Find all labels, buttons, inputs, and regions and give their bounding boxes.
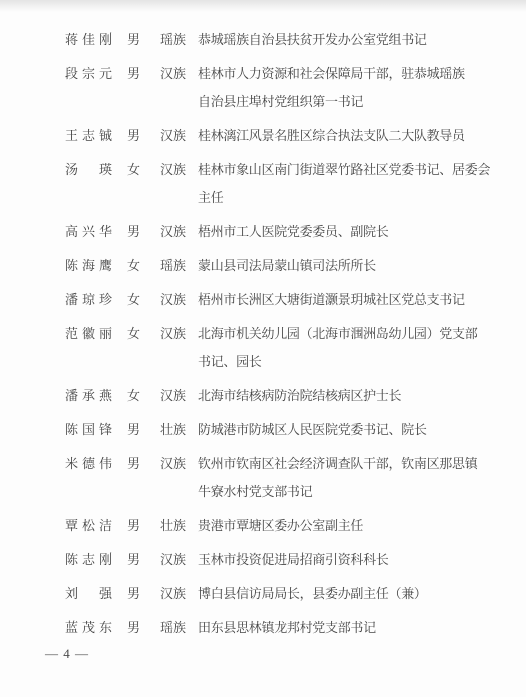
person-position: 钦州市钦南区社会经济调查队干部，钦南区那思镇牛寮水村党支部书记 — [198, 450, 483, 506]
person-name: 王志铖 — [65, 122, 112, 150]
person-ethnicity: 汉族 — [160, 320, 188, 348]
table-row: 覃松洁 男 壮族 贵港市覃塘区委办公室副主任 — [65, 512, 526, 540]
person-position: 恭城瑶族自治县扶贫开发办公室党组书记 — [198, 26, 483, 54]
person-gender: 男 — [127, 26, 141, 54]
person-position: 北海市结核病防治院结核病区护士长 — [198, 382, 483, 410]
person-gender: 男 — [127, 122, 141, 150]
scan-edge-shadow — [0, 0, 526, 12]
person-name: 蓝茂东 — [65, 614, 112, 642]
person-gender: 女 — [127, 286, 141, 314]
table-row: 蓝茂东 男 瑶族 田东县思林镇龙邦村党支部书记 — [65, 614, 526, 642]
person-position: 田东县思林镇龙邦村党支部书记 — [198, 614, 483, 642]
person-name: 潘承燕 — [65, 382, 112, 410]
table-row: 高兴华 男 汉族 梧州市工人医院党委委员、副院长 — [65, 218, 526, 246]
person-name: 陈志刚 — [65, 546, 112, 574]
position-line: 主任 — [198, 184, 483, 212]
position-line: 蒙山县司法局蒙山镇司法所所长 — [198, 252, 483, 280]
person-gender: 女 — [127, 382, 141, 410]
person-gender: 男 — [127, 512, 141, 540]
person-position: 梧州市工人医院党委委员、副院长 — [198, 218, 483, 246]
person-gender: 男 — [127, 580, 141, 608]
person-name: 范徽丽 — [65, 320, 112, 348]
person-name: 米德伟 — [65, 450, 112, 478]
person-position: 北海市机关幼儿园（北海市涠洲岛幼儿园）党支部书记、园长 — [198, 320, 483, 376]
table-row: 陈志刚 男 汉族 玉林市投资促进局招商引资科科长 — [65, 546, 526, 574]
person-name: 陈海鹰 — [65, 252, 112, 280]
position-line: 防城港市防城区人民医院党委书记、院长 — [198, 416, 483, 444]
person-position: 防城港市防城区人民医院党委书记、院长 — [198, 416, 483, 444]
person-position: 梧州市长洲区大塘街道灏景玥城社区党总支书记 — [198, 286, 483, 314]
table-row: 刘强 男 汉族 博白县信访局局长，县委办副主任（兼） — [65, 580, 526, 608]
position-line: 桂林市人力资源和社会保障局干部，驻恭城瑶族 — [198, 60, 483, 88]
person-ethnicity: 汉族 — [160, 156, 188, 184]
person-gender: 女 — [127, 320, 141, 348]
person-name: 陈国锋 — [65, 416, 112, 444]
person-name: 覃松洁 — [65, 512, 112, 540]
person-gender: 男 — [127, 218, 141, 246]
person-position: 蒙山县司法局蒙山镇司法所所长 — [198, 252, 483, 280]
position-line: 梧州市工人医院党委委员、副院长 — [198, 218, 483, 246]
person-name: 蒋佳刚 — [65, 26, 112, 54]
person-ethnicity: 汉族 — [160, 122, 188, 150]
position-line: 田东县思林镇龙邦村党支部书记 — [198, 614, 483, 642]
person-gender: 男 — [127, 614, 141, 642]
person-name: 潘琼珍 — [65, 286, 112, 314]
table-row: 范徽丽 女 汉族 北海市机关幼儿园（北海市涠洲岛幼儿园）党支部书记、园长 — [65, 320, 526, 376]
person-position: 桂林漓江风景名胜区综合执法支队二大队教导员 — [198, 122, 483, 150]
scanned-document-page: 蒋佳刚 男 瑶族 恭城瑶族自治县扶贫开发办公室党组书记 段宗元 男 汉族 桂林市… — [0, 0, 526, 697]
table-row: 米德伟 男 汉族 钦州市钦南区社会经济调查队干部，钦南区那思镇牛寮水村党支部书记 — [65, 450, 526, 506]
person-ethnicity: 瑶族 — [160, 26, 188, 54]
person-position: 贵港市覃塘区委办公室副主任 — [198, 512, 483, 540]
person-gender: 男 — [127, 60, 141, 88]
table-row: 段宗元 男 汉族 桂林市人力资源和社会保障局干部，驻恭城瑶族自治县庄埠村党组织第… — [65, 60, 526, 116]
table-row: 蒋佳刚 男 瑶族 恭城瑶族自治县扶贫开发办公室党组书记 — [65, 26, 526, 54]
table-row: 汤瑛 女 汉族 桂林市象山区南门街道翠竹路社区党委书记、居委会主任 — [65, 156, 526, 212]
person-position: 玉林市投资促进局招商引资科科长 — [198, 546, 483, 574]
person-position: 桂林市人力资源和社会保障局干部，驻恭城瑶族自治县庄埠村党组织第一书记 — [198, 60, 483, 116]
position-line: 书记、园长 — [198, 348, 483, 376]
position-line: 博白县信访局局长，县委办副主任（兼） — [198, 580, 483, 608]
person-ethnicity: 汉族 — [160, 580, 188, 608]
person-ethnicity: 壮族 — [160, 512, 188, 540]
person-name: 段宗元 — [65, 60, 112, 88]
person-ethnicity: 汉族 — [160, 218, 188, 246]
person-ethnicity: 瑶族 — [160, 252, 188, 280]
person-position: 桂林市象山区南门街道翠竹路社区党委书记、居委会主任 — [198, 156, 483, 212]
person-gender: 男 — [127, 450, 141, 478]
person-gender: 女 — [127, 252, 141, 280]
person-ethnicity: 汉族 — [160, 450, 188, 478]
person-name: 汤瑛 — [65, 156, 112, 184]
table-row: 潘琼珍 女 汉族 梧州市长洲区大塘街道灏景玥城社区党总支书记 — [65, 286, 526, 314]
position-line: 桂林市象山区南门街道翠竹路社区党委书记、居委会 — [198, 156, 483, 184]
table-row: 王志铖 男 汉族 桂林漓江风景名胜区综合执法支队二大队教导员 — [65, 122, 526, 150]
roster-list: 蒋佳刚 男 瑶族 恭城瑶族自治县扶贫开发办公室党组书记 段宗元 男 汉族 桂林市… — [0, 0, 526, 642]
page-number: — 4 — — [45, 646, 89, 662]
person-ethnicity: 汉族 — [160, 286, 188, 314]
position-line: 自治县庄埠村党组织第一书记 — [198, 88, 483, 116]
table-row: 陈海鹰 女 瑶族 蒙山县司法局蒙山镇司法所所长 — [65, 252, 526, 280]
position-line: 钦州市钦南区社会经济调查队干部，钦南区那思镇 — [198, 450, 483, 478]
person-gender: 男 — [127, 416, 141, 444]
person-name: 刘强 — [65, 580, 112, 608]
person-position: 博白县信访局局长，县委办副主任（兼） — [198, 580, 483, 608]
person-name: 高兴华 — [65, 218, 112, 246]
position-line: 玉林市投资促进局招商引资科科长 — [198, 546, 483, 574]
table-row: 潘承燕 女 汉族 北海市结核病防治院结核病区护士长 — [65, 382, 526, 410]
position-line: 恭城瑶族自治县扶贫开发办公室党组书记 — [198, 26, 483, 54]
position-line: 贵港市覃塘区委办公室副主任 — [198, 512, 483, 540]
person-ethnicity: 瑶族 — [160, 614, 188, 642]
position-line: 北海市结核病防治院结核病区护士长 — [198, 382, 483, 410]
position-line: 桂林漓江风景名胜区综合执法支队二大队教导员 — [198, 122, 483, 150]
person-ethnicity: 汉族 — [160, 546, 188, 574]
person-ethnicity: 汉族 — [160, 60, 188, 88]
table-row: 陈国锋 男 壮族 防城港市防城区人民医院党委书记、院长 — [65, 416, 526, 444]
person-gender: 女 — [127, 156, 141, 184]
position-line: 梧州市长洲区大塘街道灏景玥城社区党总支书记 — [198, 286, 483, 314]
person-ethnicity: 壮族 — [160, 416, 188, 444]
person-ethnicity: 汉族 — [160, 382, 188, 410]
person-gender: 男 — [127, 546, 141, 574]
position-line: 北海市机关幼儿园（北海市涠洲岛幼儿园）党支部 — [198, 320, 483, 348]
position-line: 牛寮水村党支部书记 — [198, 478, 483, 506]
